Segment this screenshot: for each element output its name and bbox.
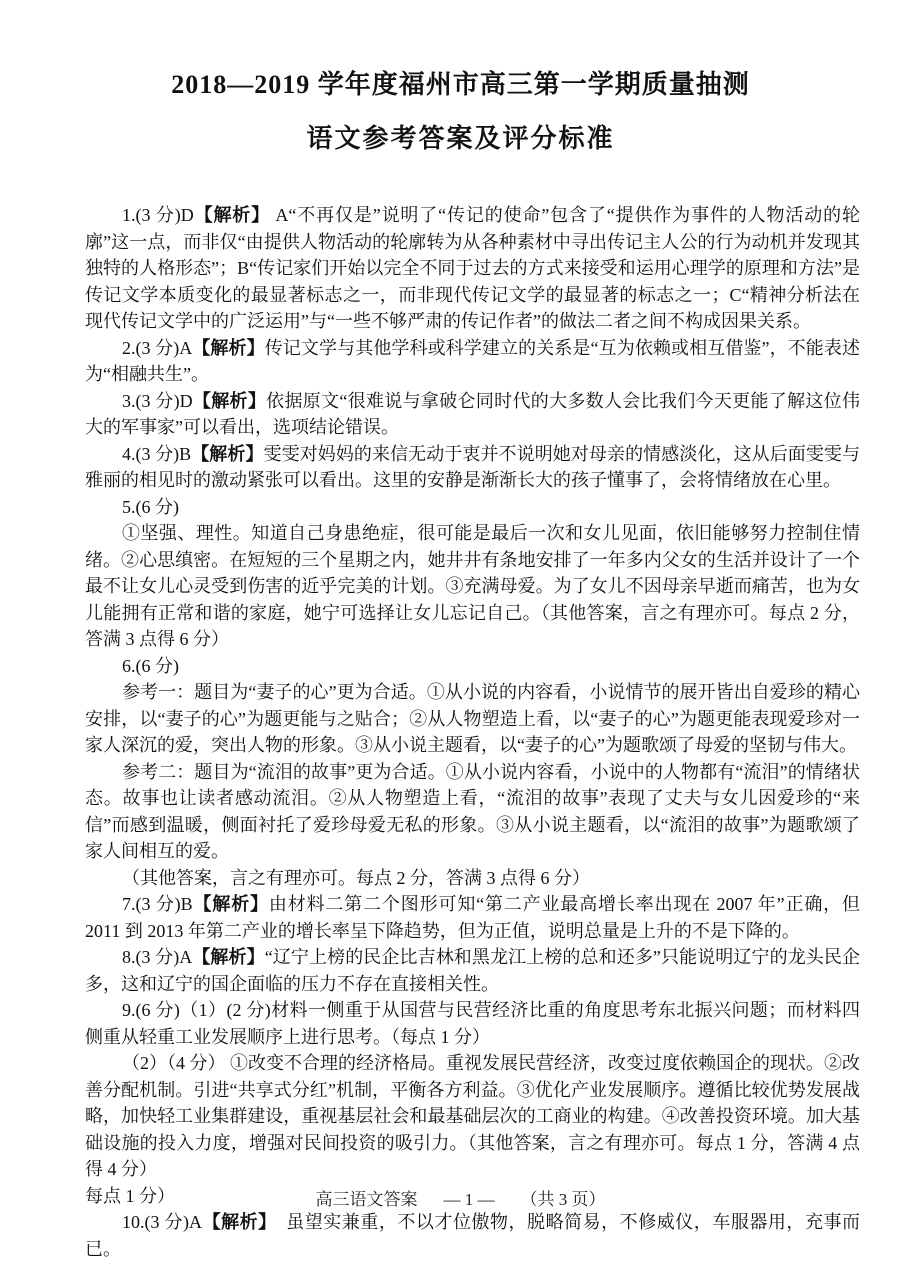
paragraph: 10.(3 分)A【解析】 虽望实兼重，不以才位傲物，脱略简易，不修威仪，车服器… [85,1209,860,1262]
paragraph: 7.(3 分)B【解析】由材料二第二个图形可知“第二产业最高增长率出现在 200… [85,891,860,944]
paragraph: 参考二：题目为“流泪的故事”更为合适。①从小说内容看，小说中的人物都有“流泪”的… [85,759,860,865]
text-run: （其他答案，言之有理亦可。每点 2 分，答满 3 点得 6 分） [122,868,590,888]
paragraph: 9.(6 分)（1）(2 分)材料一侧重于从国营与民营经济比重的角度思考东北振兴… [85,997,860,1050]
paragraph: 1.(3 分)D【解析】 A“不再仅是”说明了“传记的使命”包含了“提供作为事件… [85,202,860,335]
paragraph: （2）（4 分） ①改变不合理的经济格局。重视发展民营经济，改变过度依赖国企的现… [85,1050,860,1183]
title-block: 2018—2019 学年度福州市高三第一学期质量抽测 语文参考答案及评分标准 [0,0,921,154]
text-run: 2.(3 分)A [122,338,192,358]
text-run: 5.(6 分) [122,497,179,517]
analysis-label: 【解析】 [202,1212,268,1232]
paragraph: 6.(6 分) [85,653,860,680]
text-run: ①坚强、理性。知道自己身患绝症，很可能是最后一次和女儿见面，依旧能够努力控制住情… [85,523,860,649]
text-run: （2）（4 分） ①改变不合理的经济格局。重视发展民营经济，改变过度依赖国企的现… [85,1053,860,1179]
paragraph: 4.(3 分)B【解析】雯雯对妈妈的来信无动于衷并不说明她对母亲的情感淡化，这从… [85,441,860,494]
analysis-label: 【解析】 [193,894,269,914]
footer-label: 高三语文答案 [316,1185,418,1210]
analysis-label: 【解析】 [191,444,263,464]
text-run: 参考一：题目为“妻子的心”更为合适。①从小说的内容看，小说情节的展开皆出自爱珍的… [85,682,860,755]
paragraph: （其他答案，言之有理亦可。每点 2 分，答满 3 点得 6 分） [85,865,860,892]
paragraph: 参考一：题目为“妻子的心”更为合适。①从小说的内容看，小说情节的展开皆出自爱珍的… [85,679,860,759]
paragraph: 3.(3 分)D【解析】依据原文“很难说与拿破仑同时代的大多数人会比我们今天更能… [85,388,860,441]
text-run: 6.(6 分) [122,656,179,676]
text-run: 7.(3 分)B [122,894,193,914]
text-run: 9.(6 分)（1）(2 分)材料一侧重于从国营与民营经济比重的角度思考东北振兴… [85,1000,860,1047]
text-run: 3.(3 分)D [122,391,193,411]
paragraph: 5.(6 分) [85,494,860,521]
document-page: 2018—2019 学年度福州市高三第一学期质量抽测 语文参考答案及评分标准 1… [0,0,921,1276]
document-title: 2018—2019 学年度福州市高三第一学期质量抽测 [0,70,921,100]
text-run: 1.(3 分)D [122,205,194,225]
paragraph: ①坚强、理性。知道自己身患绝症，很可能是最后一次和女儿见面，依旧能够努力控制住情… [85,520,860,653]
paragraph: 2.(3 分)A【解析】传记文学与其他学科或科学建立的关系是“互为依赖或相互借鉴… [85,335,860,388]
analysis-label: 【解析】 [194,205,270,225]
text-run: 10.(3 分)A [122,1212,202,1232]
analysis-label: 【解析】 [193,391,267,411]
text-run: 4.(3 分)B [122,444,191,464]
footer-page-number: — 1 — [444,1190,495,1210]
answer-body: 1.(3 分)D【解析】 A“不再仅是”说明了“传记的使命”包含了“提供作为事件… [85,202,860,1262]
text-run: 参考二：题目为“流泪的故事”更为合适。①从小说内容看，小说中的人物都有“流泪”的… [85,762,860,862]
paragraph: 8.(3 分)A【解析】“辽宁上榜的民企比吉林和黑龙江上榜的总和还多”只能说明辽… [85,944,860,997]
analysis-label: 【解析】 [192,338,265,358]
page-footer: 高三语文答案 — 1 — （共 3 页） [0,1185,921,1210]
text-run: 8.(3 分)A [122,947,192,967]
analysis-label: 【解析】 [192,947,265,967]
footer-page-count: （共 3 页） [521,1185,606,1210]
document-subtitle: 语文参考答案及评分标准 [0,124,921,154]
